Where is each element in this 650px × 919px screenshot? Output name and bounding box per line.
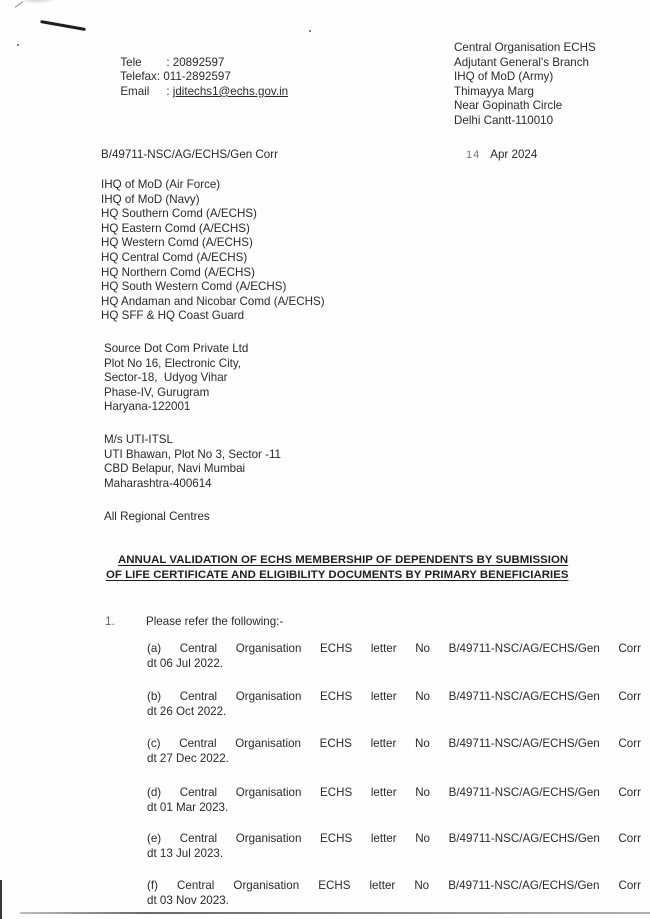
reference-date: dt 27 Dec 2022. — [147, 752, 641, 767]
subject-line-1: ANNUAL VALIDATION OF ECHS MEMBERSHIP OF … — [118, 553, 568, 568]
reference-label: (f) — [147, 879, 158, 894]
address-line: Phase-IV, Gurugram — [104, 386, 248, 401]
address-line: UTI Bhawan, Plot No 3, Sector -11 — [104, 448, 281, 463]
reference-line: (f)CentralOrganisationECHSletterNoB/4971… — [147, 879, 641, 894]
addressee: HQ SFF & HQ Coast Guard — [101, 309, 325, 324]
reference-label: (b) — [147, 690, 161, 705]
reference-word: Central — [180, 832, 217, 847]
reference-date: dt 13 Jul 2023. — [147, 847, 641, 862]
scan-speck — [17, 44, 19, 46]
address-line: Source Dot Com Private Ltd — [104, 342, 248, 357]
reference-word: Corr — [618, 737, 641, 752]
page-edge — [0, 880, 2, 919]
reference-word: ECHS — [320, 690, 352, 705]
reference-date: dt 03 Nov 2023. — [147, 894, 641, 909]
reference-word: Central — [180, 642, 217, 657]
reference-item: (e)CentralOrganisationECHSletterNoB/4971… — [147, 832, 641, 861]
address-line: Adjutant General's Branch — [454, 56, 596, 71]
vendor-address-source-dot-com: Source Dot Com Private Ltd Plot No 16, E… — [104, 342, 248, 415]
reference-word: letter — [371, 832, 397, 847]
addressee: HQ Central Comd (A/ECHS) — [101, 251, 325, 266]
reference-word: No — [414, 879, 429, 894]
reference-label: (e) — [147, 832, 161, 847]
reference-word: ECHS — [318, 879, 350, 894]
reference-item: (a)CentralOrganisationECHSletterNoB/4971… — [147, 642, 641, 671]
addressee: HQ Western Comd (A/ECHS) — [101, 236, 325, 251]
scan-smudge — [18, 0, 58, 4]
reference-word: Corr — [618, 642, 641, 657]
reference-word: ECHS — [320, 642, 352, 657]
reference-word: letter — [371, 786, 397, 801]
pen-mark — [15, 1, 24, 8]
reference-word: B/49711-NSC/AG/ECHS/Gen — [449, 690, 600, 705]
reference-word: No — [415, 786, 430, 801]
reference-word: No — [415, 832, 430, 847]
all-regional-centres: All Regional Centres — [104, 510, 210, 525]
pen-stroke-mark — [40, 20, 86, 31]
address-line: Plot No 16, Electronic City, — [104, 357, 248, 372]
contact-block: Tele: 20892597 Telefax: 011-2892597 Emai… — [101, 41, 288, 85]
reference-word: Organisation — [236, 642, 302, 657]
reference-line: (c)CentralOrganisationECHSletterNoB/4971… — [147, 737, 641, 752]
paragraph-text: Please refer the following:- — [146, 615, 283, 630]
reference-word: ECHS — [320, 737, 352, 752]
reference-word: letter — [369, 879, 395, 894]
reference-word: Corr — [618, 786, 641, 801]
subject-line-2: OF LIFE CERTIFICATE AND ELIGIBILITY DOCU… — [106, 568, 569, 583]
reference-word: Organisation — [236, 690, 302, 705]
reference-word: Organisation — [236, 786, 302, 801]
email-link[interactable]: jditechs1@echs.gov.in — [173, 85, 288, 98]
contact-value: 011-2892597 — [163, 70, 230, 83]
reference-date: dt 06 Jul 2022. — [147, 657, 641, 672]
contact-label: Tele — [120, 56, 166, 71]
reference-word: Central — [177, 879, 214, 894]
contact-label: Telefax — [120, 70, 157, 83]
reference-date: dt 26 Oct 2022. — [147, 705, 641, 720]
reference-word: letter — [371, 690, 397, 705]
address-line: CBD Belapur, Navi Mumbai — [104, 462, 281, 477]
addressee: HQ Northern Comd (A/ECHS) — [101, 266, 325, 281]
reference-word: Corr — [618, 832, 641, 847]
reference-word: ECHS — [320, 786, 352, 801]
reference-label: (a) — [147, 642, 161, 657]
addressee: HQ Southern Comd (A/ECHS) — [101, 207, 325, 222]
reference-word: B/49711-NSC/AG/ECHS/Gen — [449, 737, 600, 752]
sender-address: Central Organisation ECHS Adjutant Gener… — [454, 41, 596, 129]
reference-word: No — [415, 690, 430, 705]
address-line: Central Organisation ECHS — [454, 41, 596, 56]
reference-item: (c)CentralOrganisationECHSletterNoB/4971… — [147, 737, 641, 766]
address-line: Near Gopinath Circle — [454, 99, 596, 114]
reference-word: No — [415, 642, 430, 657]
reference-word: No — [415, 737, 430, 752]
reference-word: Organisation — [233, 879, 299, 894]
reference-label: (c) — [147, 737, 161, 752]
address-line: Thimayya Marg — [454, 85, 596, 100]
reference-word: Central — [179, 737, 216, 752]
addressee: All Regional Centres — [104, 510, 210, 525]
reference-date: dt 01 Mar 2023. — [147, 801, 641, 816]
reference-word: Central — [180, 690, 217, 705]
reference-word: B/49711-NSC/AG/ECHS/Gen — [449, 832, 600, 847]
subject-heading: ANNUAL VALIDATION OF ECHS MEMBERSHIP OF … — [106, 553, 646, 583]
reference-word: Central — [180, 786, 217, 801]
paragraph-number: 1. — [105, 615, 115, 630]
addressee: IHQ of MoD (Navy) — [101, 193, 325, 208]
address-line: Delhi Cantt-110010 — [454, 114, 596, 129]
reference-word: Organisation — [236, 832, 302, 847]
reference-number: B/49711-NSC/AG/ECHS/Gen Corr — [101, 148, 278, 163]
address-line: Maharashtra-400614 — [104, 477, 281, 492]
reference-word: Corr — [618, 690, 641, 705]
addressee: HQ South Western Comd (A/ECHS) — [101, 280, 325, 295]
address-line: Sector-18, Udyog Vihar — [104, 371, 248, 386]
letter-date: 14Apr 2024 — [466, 148, 537, 163]
contact-value: 20892597 — [173, 56, 225, 69]
vendor-address-uti-itsl: M/s UTI-ITSL UTI Bhawan, Plot No 3, Sect… — [104, 433, 281, 491]
reference-line: (e)CentralOrganisationECHSletterNoB/4971… — [147, 832, 641, 847]
reference-item: (d)CentralOrganisationECHSletterNoB/4971… — [147, 786, 641, 815]
reference-line: (a)CentralOrganisationECHSletterNoB/4971… — [147, 642, 641, 657]
addressee: HQ Andaman and Nicobar Comd (A/ECHS) — [101, 295, 325, 310]
contact-label: Email — [120, 85, 166, 100]
date-day: 14 — [466, 149, 480, 161]
reference-word: Organisation — [235, 737, 301, 752]
date-month-year: Apr 2024 — [490, 148, 537, 161]
reference-word: ECHS — [320, 832, 352, 847]
reference-word: B/49711-NSC/AG/ECHS/Gen — [449, 642, 600, 657]
address-line: Haryana-122001 — [104, 400, 248, 415]
reference-word: B/49711-NSC/AG/ECHS/Gen — [448, 879, 599, 894]
reference-line: (d)CentralOrganisationECHSletterNoB/4971… — [147, 786, 641, 801]
reference-line: (b)CentralOrganisationECHSletterNoB/4971… — [147, 690, 641, 705]
reference-word: B/49711-NSC/AG/ECHS/Gen — [449, 786, 600, 801]
scan-speck — [309, 30, 311, 32]
page-bottom-rule — [20, 912, 650, 914]
address-line: IHQ of MoD (Army) — [454, 70, 596, 85]
contact-tele: Tele: 20892597 — [101, 41, 288, 56]
document-page: Tele: 20892597 Telefax: 011-2892597 Emai… — [0, 0, 650, 919]
address-line: M/s UTI-ITSL — [104, 433, 281, 448]
reference-word: Corr — [618, 879, 641, 894]
reference-item: (f)CentralOrganisationECHSletterNoB/4971… — [147, 879, 641, 908]
reference-label: (d) — [147, 786, 161, 801]
addressee: HQ Eastern Comd (A/ECHS) — [101, 222, 325, 237]
addressee-list: IHQ of MoD (Air Force) IHQ of MoD (Navy)… — [101, 178, 325, 324]
addressee: IHQ of MoD (Air Force) — [101, 178, 325, 193]
reference-item: (b)CentralOrganisationECHSletterNoB/4971… — [147, 690, 641, 719]
reference-word: letter — [371, 737, 397, 752]
reference-word: letter — [371, 642, 397, 657]
